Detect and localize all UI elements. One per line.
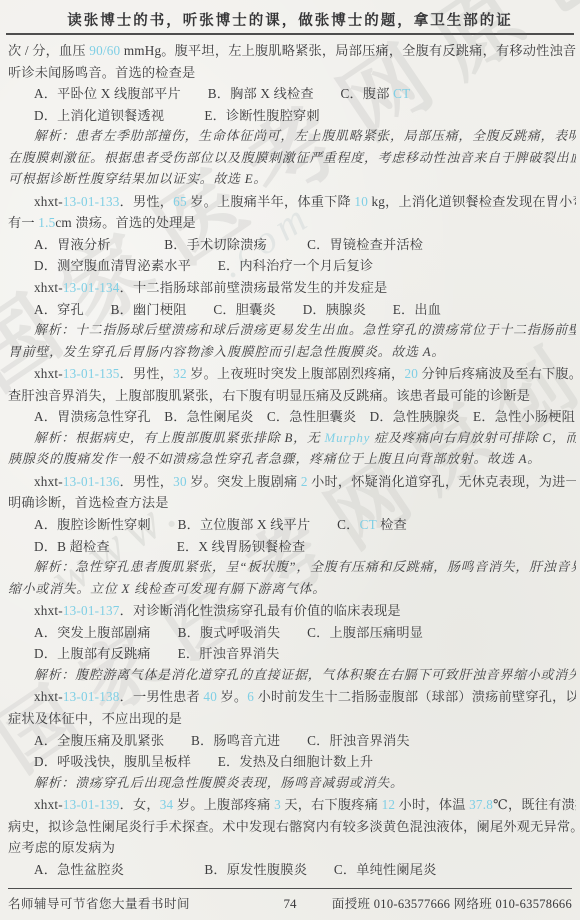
body-text: 症状及体征中，不应出现的是 xyxy=(8,711,182,726)
body-text: 在腹膜刺激征。根据患者受伤部位以及腹膜刺激征严重程度，考虑移动性浊音来自于脾破裂… xyxy=(8,151,576,165)
text-line: 次 / 分，血压 90/60 mmHg。腹平坦，左上腹肌略紧张，局部压痛，全腹有… xyxy=(8,40,576,62)
body-text: xhxt- xyxy=(34,689,63,704)
body-text: 岁。上夜班时突发上腹部剧烈疼痛， xyxy=(187,366,405,381)
highlighted-text: 2 xyxy=(301,474,308,489)
body-text: 可根据诊断性腹穿结果加以证实。故选 E。 xyxy=(8,172,267,186)
body-text: 检查 xyxy=(377,517,407,532)
text-line: 解析：腹腔游离气体是消化道穿孔的直接证据，气体积聚在右膈下可致肝浊音界缩小或消失 xyxy=(8,665,576,687)
body-text: mmHg。腹平坦，左上腹肌略紧张，局部压痛，全腹有反跳痛，有移动性浊音（＋）， xyxy=(120,43,576,58)
text-line: D．B 超检查 E．X 线胃肠钡餐检查 xyxy=(8,536,576,558)
body-text: xhxt- xyxy=(34,603,63,618)
highlighted-text: CT xyxy=(393,86,410,101)
highlighted-text: 10 xyxy=(354,194,368,209)
highlighted-text: 40 xyxy=(203,689,217,704)
body-text: xhxt- xyxy=(34,474,63,489)
highlighted-text: 1.5 xyxy=(38,215,55,230)
text-line: A．全腹压痛及肌紧张 B．肠鸣音亢进 C．肝浊音界消失 xyxy=(8,730,576,752)
body-text: ．对诊断消化性溃疡穿孔最有价值的临床表现是 xyxy=(120,603,401,618)
body-text: 病史，拟诊急性阑尾炎行手术探查。术中发现右髂窝内有较多淡黄色混浊液体，阑尾外观无… xyxy=(8,819,576,834)
body-text: D．上消化道钡餐透视 E．诊断性腹腔穿刺 xyxy=(34,108,320,123)
body-text: xhxt- xyxy=(34,194,63,209)
body-text: ．男性， xyxy=(120,474,174,489)
body-text: 有一 xyxy=(8,215,38,230)
text-line: xhxt-13-01-134．十二指肠球部前壁溃疡最常发生的并发症是 xyxy=(8,277,576,299)
text-line: 可根据诊断性腹穿结果加以证实。故选 E。 xyxy=(8,169,576,191)
highlighted-text: 13-01-134 xyxy=(63,280,120,295)
text-line: A．急性盆腔炎 B．原发性腹膜炎 C．单纯性阑尾炎 xyxy=(8,859,576,881)
body-text: 胃前壁，发生穿孔后胃肠内容物渗入腹膜腔而引起急性腹膜炎。故选 A。 xyxy=(8,345,445,359)
text-line: D．上消化道钡餐透视 E．诊断性腹腔穿刺 xyxy=(8,105,576,127)
body-text: cm 溃疡。首选的处理是 xyxy=(55,215,196,230)
body-text: 天，右下腹疼痛 xyxy=(281,797,382,812)
body-text: ．女， xyxy=(120,797,160,812)
page-footer: 名师辅导可节省您大量看书时间 74 面授班 010-63577666 网络班 0… xyxy=(8,888,572,912)
highlighted-text: 65 xyxy=(173,194,187,209)
text-line: 胃前壁，发生穿孔后胃肠内容物渗入腹膜腔而引起急性腹膜炎。故选 A。 xyxy=(8,342,576,364)
body-text: 分钟后疼痛波及至右下腹。检 xyxy=(418,366,576,381)
text-line: D．呼吸浅快，腹肌呈板样 E．发热及白细胞计数上升 xyxy=(8,751,576,773)
body-text: D．呼吸浅快，腹肌呈板样 E．发热及白细胞计数上升 xyxy=(34,754,373,769)
body-text: 听诊未闻肠鸣音。首选的检查是 xyxy=(8,65,195,80)
text-line: 解析：溃疡穿孔后出现急性腹膜炎表现，肠鸣音减弱或消失。 xyxy=(8,773,576,795)
body-text: 岁。上腹部疼痛 xyxy=(173,797,274,812)
highlighted-text: 13-01-135 xyxy=(63,366,120,381)
body-text: D．测空腹血清胃泌素水平 E．内科治疗一个月后复诊 xyxy=(34,258,373,273)
body-text: 岁。 xyxy=(217,689,247,704)
body-text: 应考虑的原发病为 xyxy=(8,840,115,855)
body-text: 岁。上腹痛半年，体重下降 xyxy=(187,194,355,209)
text-line: A．突发上腹部剧痛 B．腹式呼吸消失 C．上腹部压痛明显 xyxy=(8,622,576,644)
text-line: 听诊未闻肠鸣音。首选的检查是 xyxy=(8,62,576,84)
highlighted-text: 13-01-139 xyxy=(63,797,120,812)
body-text: xhxt- xyxy=(34,280,63,295)
highlighted-text: 37.8 xyxy=(469,797,493,812)
body-text: 缩小或消失。立位 X 线检查可发现有膈下游离气体。 xyxy=(8,582,326,596)
body-text: 明确诊断，首选检查方法是 xyxy=(8,495,169,510)
text-line: A．胃溃疡急性穿孔 B．急性阑尾炎 C．急性胆囊炎 D．急性胰腺炎 E．急性小肠… xyxy=(8,406,576,428)
text-line: xhxt-13-01-137．对诊断消化性溃疡穿孔最有价值的临床表现是 xyxy=(8,600,576,622)
highlighted-text: 32 xyxy=(173,366,187,381)
scanned-exam-page: 读张博士的书，听张博士的课，做张博士的题，拿卫生部的证 国家医考网原创 www.… xyxy=(0,0,580,920)
footer-left-slogan: 名师辅导可节省您大量看书时间 xyxy=(8,894,260,912)
highlighted-text: 13-01-138 xyxy=(63,689,120,704)
body-text: xhxt- xyxy=(34,797,63,812)
highlighted-text: 12 xyxy=(382,797,396,812)
body-text: A．平卧位 X 线腹部平片 B．胸部 X 线检查 C．腹部 xyxy=(34,86,393,101)
body-text: A．急性盆腔炎 B．原发性腹膜炎 C．单纯性阑尾炎 xyxy=(34,862,437,877)
body-text: 解析：十二指肠球后壁溃疡和球后溃疡更易发生出血。急性穿孔的溃疡常位于十二指肠前壁… xyxy=(34,323,576,337)
highlighted-text: 30 xyxy=(173,474,187,489)
body-text: A．胃液分析 B．手术切除溃疡 C．胃镜检查并活检 xyxy=(34,237,423,252)
body-text: 小时前发生十二指肠壶腹部（球部）溃疡前壁穿孔，以下 xyxy=(254,689,576,704)
text-line: A．胃液分析 B．手术切除溃疡 C．胃镜检查并活检 xyxy=(8,234,576,256)
highlighted-text: 13-01-137 xyxy=(63,603,120,618)
body-text: 查肝浊音界消失，上腹部腹肌紧张，右下腹有明显压痛及反跳痛。该患者最可能的诊断是 xyxy=(8,388,530,403)
body-text: 症及疼痛向右肩放射可排除 C，而急性 xyxy=(370,431,576,445)
highlighted-text: 34 xyxy=(160,797,174,812)
text-line: A．平卧位 X 线腹部平片 B．胸部 X 线检查 C．腹部 CT xyxy=(8,83,576,105)
body-text: ．十二指肠球部前壁溃疡最常发生的并发症是 xyxy=(120,280,388,295)
text-line: D．测空腹血清胃泌素水平 E．内科治疗一个月后复诊 xyxy=(8,255,576,277)
highlighted-text: CT xyxy=(360,517,377,532)
body-text: 胰腺炎的腹痛发作一般不如溃疡急性穿孔者急骤，疼痛位于上腹且向背部放射。故选 A。 xyxy=(8,452,541,466)
text-line: 症状及体征中，不应出现的是 xyxy=(8,708,576,730)
highlighted-text: Murphy xyxy=(325,431,371,445)
footer-contact-info: 面授班 010-63577666 网络班 010-63578666 xyxy=(320,894,572,912)
body-text: 解析：患者左季肋部撞伤，生命体征尚可，左上腹肌略紧张，局部压痛，全腹反跳痛，表明… xyxy=(34,129,576,143)
body-text: 解析：根据病史，有上腹部腹肌紧张排除 B，无 xyxy=(34,431,325,445)
highlighted-text: 13-01-133 xyxy=(63,194,120,209)
body-text: 解析：溃疡穿孔后出现急性腹膜炎表现，肠鸣音减弱或消失。 xyxy=(34,776,404,790)
body-text: D．B 超检查 E．X 线胃肠钡餐检查 xyxy=(34,539,305,554)
body-text: 小时，体温 xyxy=(395,797,469,812)
body-text: D．上腹部有反跳痛 E．肝浊音界消失 xyxy=(34,646,280,661)
highlighted-text: 90/60 xyxy=(89,43,120,58)
text-line: D．上腹部有反跳痛 E．肝浊音界消失 xyxy=(8,643,576,665)
text-line: 明确诊断，首选检查方法是 xyxy=(8,492,576,514)
body-text: A．胃溃疡急性穿孔 B．急性阑尾炎 C．急性胆囊炎 D．急性胰腺炎 E．急性小肠… xyxy=(34,409,575,424)
header-slogan: 读张博士的书，听张博士的课，做张博士的题，拿卫生部的证 xyxy=(6,0,574,30)
body-text: 解析：腹腔游离气体是消化道穿孔的直接证据，气体积聚在右膈下可致肝浊音界缩小或消失 xyxy=(34,668,576,682)
highlighted-text: 3 xyxy=(274,797,281,812)
page-number: 74 xyxy=(260,896,320,912)
text-line: 查肝浊音界消失，上腹部腹肌紧张，右下腹有明显压痛及反跳痛。该患者最可能的诊断是 xyxy=(8,385,576,407)
body-text: A．全腹压痛及肌紧张 B．肠鸣音亢进 C．肝浊音界消失 xyxy=(34,733,410,748)
text-line: 在腹膜刺激征。根据患者受伤部位以及腹膜刺激征严重程度，考虑移动性浊音来自于脾破裂… xyxy=(8,148,576,170)
body-text: ℃，既往有溃疡 xyxy=(493,797,576,812)
body-text: 小时，怀疑消化道穿孔，无休克表现，为进一步 xyxy=(308,474,576,489)
body-text: kg，上消化道钡餐检查发现在胃小弯 xyxy=(368,194,576,209)
text-line: A．腹腔诊断性穿刺 B．立位腹部 X 线平片 C．CT 检查 xyxy=(8,514,576,536)
text-line: xhxt-13-01-135．男性，32 岁。上夜班时突发上腹部剧烈疼痛，20 … xyxy=(8,363,576,385)
body-text: xhxt- xyxy=(34,366,63,381)
body-text: 次 / 分，血压 xyxy=(8,43,89,58)
text-line: xhxt-13-01-139．女，34 岁。上腹部疼痛 3 天，右下腹疼痛 12… xyxy=(8,794,576,816)
text-line: 解析：急性穿孔患者腹肌紧张，呈“板状腹”，全腹有压痛和反跳痛，肠鸣音消失，肝浊音… xyxy=(8,557,576,579)
text-line: A．穿孔 B．幽门梗阻 C．胆囊炎 D．胰腺炎 E．出血 xyxy=(8,299,576,321)
text-line: xhxt-13-01-138．一男性患者 40 岁。6 小时前发生十二指肠壶腹部… xyxy=(8,686,576,708)
text-line: 解析：十二指肠球后壁溃疡和球后溃疡更易发生出血。急性穿孔的溃疡常位于十二指肠前壁… xyxy=(8,320,576,342)
text-line: 病史，拟诊急性阑尾炎行手术探查。术中发现右髂窝内有较多淡黄色混浊液体，阑尾外观无… xyxy=(8,816,576,838)
text-line: 解析：根据病史，有上腹部腹肌紧张排除 B，无 Murphy 症及疼痛向右肩放射可… xyxy=(8,428,576,450)
highlighted-text: 20 xyxy=(404,366,418,381)
body-text: A．穿孔 B．幽门梗阻 C．胆囊炎 D．胰腺炎 E．出血 xyxy=(34,302,441,317)
body-text: A．腹腔诊断性穿刺 B．立位腹部 X 线平片 C． xyxy=(34,517,360,532)
text-line: 缩小或消失。立位 X 线检查可发现有膈下游离气体。 xyxy=(8,579,576,601)
text-line: xhxt-13-01-133．男性，65 岁。上腹痛半年，体重下降 10 kg，… xyxy=(8,191,576,213)
text-line: 解析：患者左季肋部撞伤，生命体征尚可，左上腹肌略紧张，局部压痛，全腹反跳痛，表明… xyxy=(8,126,576,148)
body-text: ．一男性患者 xyxy=(120,689,204,704)
body-text: ．男性， xyxy=(120,366,174,381)
body-text: ．男性， xyxy=(120,194,174,209)
document-lines: 次 / 分，血压 90/60 mmHg。腹平坦，左上腹肌略紧张，局部压痛，全腹有… xyxy=(8,40,576,880)
body-text: 解析：急性穿孔患者腹肌紧张，呈“板状腹”，全腹有压痛和反跳痛，肠鸣音消失，肝浊音… xyxy=(34,560,576,574)
text-line: 胰腺炎的腹痛发作一般不如溃疡急性穿孔者急骤，疼痛位于上腹且向背部放射。故选 A。 xyxy=(8,449,576,471)
text-line: 有一 1.5cm 溃疡。首选的处理是 xyxy=(8,212,576,234)
page-header: 读张博士的书，听张博士的课，做张博士的题，拿卫生部的证 xyxy=(6,0,574,35)
text-line: xhxt-13-01-136．男性，30 岁。突发上腹剧痛 2 小时，怀疑消化道… xyxy=(8,471,576,493)
highlighted-text: 13-01-136 xyxy=(63,474,120,489)
text-line: 应考虑的原发病为 xyxy=(8,837,576,859)
body-text: 岁。突发上腹剧痛 xyxy=(187,474,301,489)
body-text: A．突发上腹部剧痛 B．腹式呼吸消失 C．上腹部压痛明显 xyxy=(34,625,423,640)
